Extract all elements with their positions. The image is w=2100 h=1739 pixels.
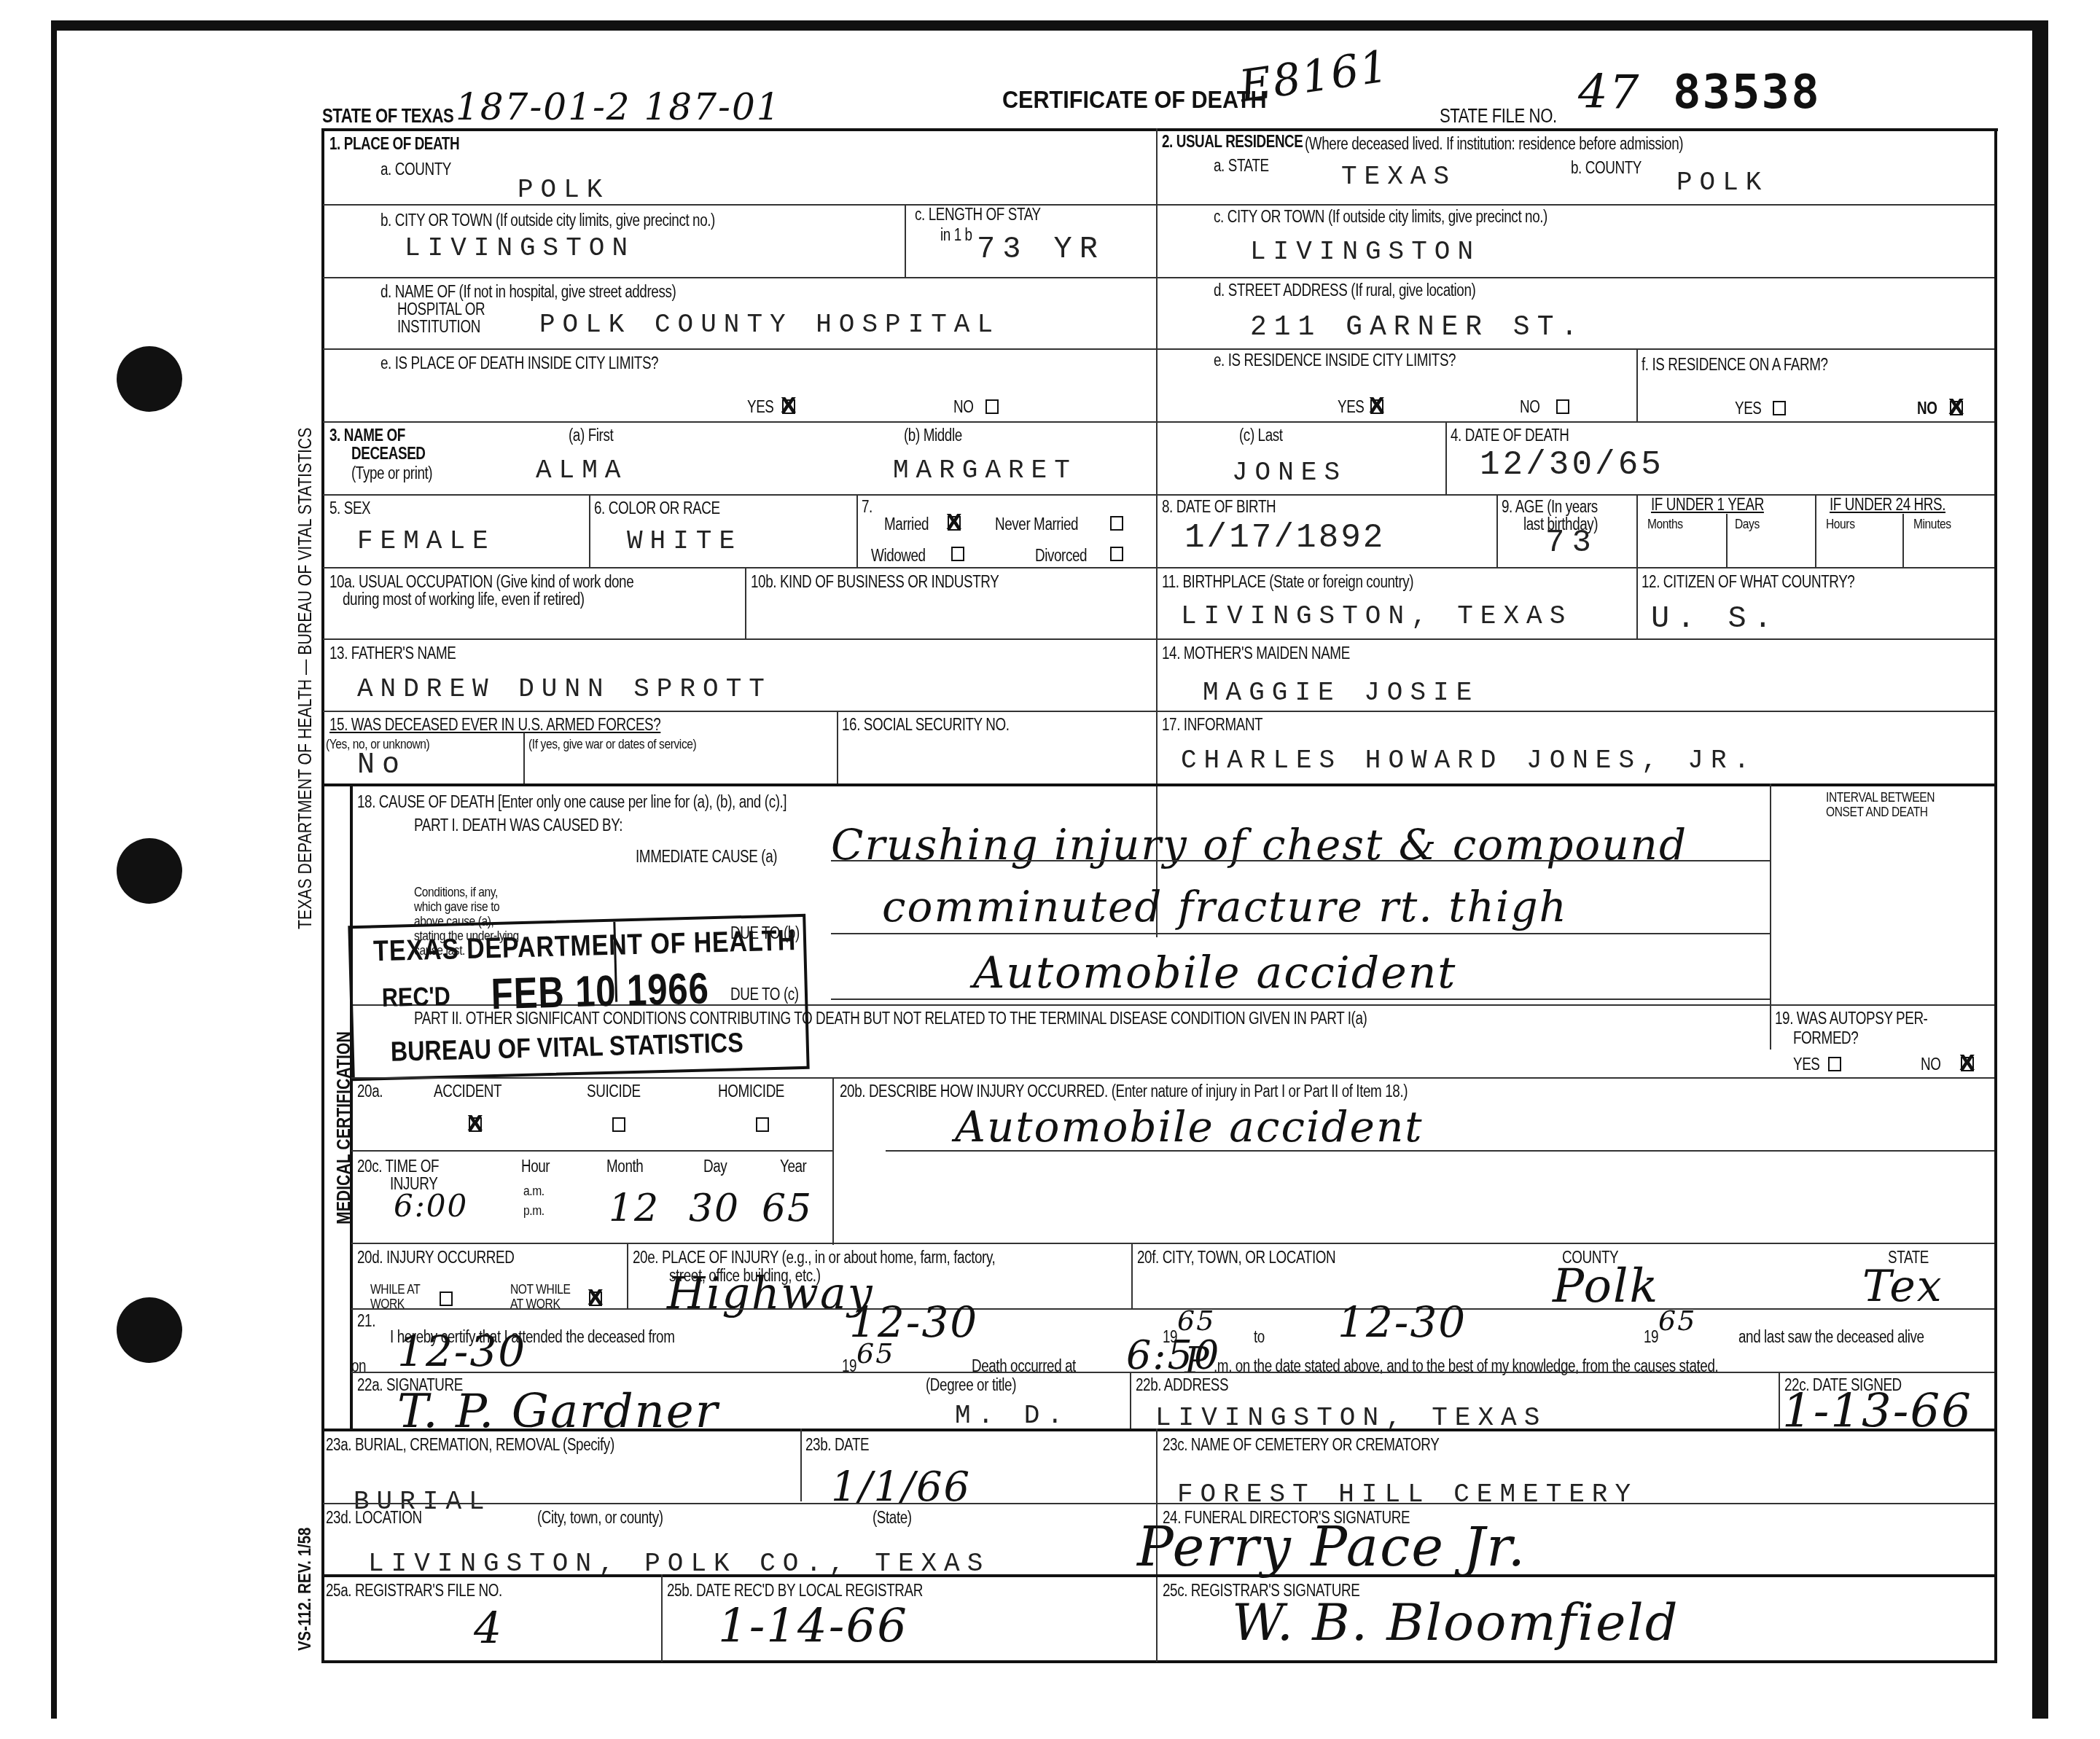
side-department-text: TEXAS DEPARTMENT OF HEALTH — BUREAU OF V… — [295, 428, 316, 929]
divider — [323, 567, 1994, 568]
under-day-label: IF UNDER 24 HRS. — [1830, 496, 1945, 513]
autopsy-label-2: FORMED? — [1793, 1029, 1858, 1047]
res-county-label: b. COUNTY — [1571, 159, 1642, 176]
no-label: NO — [1921, 1055, 1940, 1073]
stamp-line-1: TEXAS DEPARTMENT OF HEALTH — [373, 924, 797, 968]
form-top-border — [321, 128, 1998, 131]
degree-value: M. D. — [955, 1401, 1070, 1431]
divorced-label: Divorced — [1035, 547, 1087, 564]
widowed-label: Widowed — [871, 547, 926, 564]
accident-checkbox[interactable] — [469, 1117, 482, 1132]
divider — [589, 494, 590, 567]
hospital-sublabel-1: HOSPITAL OR — [397, 300, 485, 318]
place-of-death-label: 1. PLACE OF DEATH — [329, 135, 459, 152]
autopsy-no-checkbox[interactable] — [1961, 1057, 1974, 1071]
divider — [351, 1077, 1994, 1079]
usual-residence-note: (Where deceased lived. If institution: r… — [1305, 135, 1683, 152]
length-of-stay-label: c. LENGTH OF STAY — [915, 206, 1041, 223]
form-code: VS-112. REV. 1/58 — [295, 1528, 316, 1651]
divider — [323, 638, 1994, 640]
on-year-value: 65 — [856, 1337, 894, 1369]
divider — [351, 1308, 1994, 1310]
pm-label: p.m. — [523, 1204, 544, 1219]
age-value: 73 — [1545, 525, 1599, 561]
burial-label: 23a. BURIAL, CREMATION, REMOVAL (Specify… — [326, 1436, 614, 1453]
on-date: 12-30 — [397, 1326, 526, 1376]
injury-hour-value: 6:00 — [394, 1188, 468, 1224]
res-street-label: d. STREET ADDRESS (If rural, give locati… — [1214, 281, 1475, 299]
part1-label: PART I. DEATH WAS CAUSED BY: — [414, 816, 622, 834]
due-to-c-value: Automobile accident — [973, 947, 1456, 999]
hospital-label: d. NAME OF (If not in hospital, give str… — [380, 283, 676, 300]
mother-value: MAGGIE JOSIE — [1203, 678, 1479, 708]
day-label: Day — [703, 1157, 727, 1175]
divider — [323, 277, 1994, 278]
date-of-death-value: 12/30/65 — [1480, 446, 1664, 484]
middle-name-value: MARGARET — [893, 456, 1077, 485]
not-while-at-work-checkbox[interactable] — [589, 1291, 602, 1306]
hours-label: Hours — [1826, 517, 1855, 532]
city-label: b. CITY OR TOWN (If outside city limits,… — [380, 211, 715, 229]
last-name-label: (c) Last — [1239, 426, 1283, 444]
res-inside-city-yes-checkbox[interactable] — [1370, 399, 1383, 414]
injury-county-value: Polk — [1553, 1259, 1659, 1313]
divider — [323, 783, 1994, 786]
divider — [800, 1429, 802, 1501]
divider — [856, 494, 858, 567]
divorced-checkbox[interactable] — [1110, 547, 1123, 561]
divider — [837, 711, 838, 783]
registrar-date-label: 25b. DATE REC'D BY LOCAL REGISTRAR — [667, 1582, 923, 1599]
yes-label: YES — [1735, 399, 1762, 417]
race-label: 6. COLOR OR RACE — [594, 499, 720, 517]
divider — [831, 860, 1771, 861]
year-label: Year — [780, 1157, 806, 1175]
birthplace-value: LIVINGSTON, TEXAS — [1181, 601, 1572, 631]
divider — [351, 1150, 832, 1152]
sex-label: 5. SEX — [329, 499, 370, 517]
month-label: Month — [606, 1157, 643, 1175]
divider — [745, 567, 746, 638]
name-label-3: (Type or print) — [351, 464, 432, 482]
citizen-label: 12. CITIZEN OF WHAT COUNTRY? — [1642, 573, 1854, 590]
last-saw-text: and last saw the deceased alive — [1738, 1328, 1924, 1345]
name-label-2: DECEASED — [351, 445, 426, 462]
armed-forces-label: 15. WAS DECEASED EVER IN U.S. ARMED FORC… — [329, 716, 660, 733]
divider — [661, 1574, 663, 1662]
to-year-value: 65 — [1658, 1305, 1696, 1337]
res-county-value: POLK — [1677, 168, 1768, 198]
divider — [323, 1574, 1994, 1577]
divider — [351, 1243, 1994, 1244]
res-street-value: 211 GARNER ST. — [1250, 312, 1585, 343]
yes-label: YES — [1793, 1055, 1820, 1073]
divider — [523, 732, 525, 783]
injury-day-value: 30 — [689, 1187, 740, 1230]
res-state-label: a. STATE — [1214, 157, 1269, 174]
armed-forces-sub-2: (If yes, give war or dates of service) — [528, 738, 696, 752]
state-file-number: 83538 — [1673, 66, 1821, 120]
divider — [1779, 1372, 1780, 1430]
divider — [831, 999, 1771, 1000]
race-value: WHITE — [627, 526, 742, 556]
armed-forces-value: No — [357, 749, 407, 782]
time-of-injury-label-1: 20c. TIME OF — [357, 1157, 439, 1175]
divider — [831, 933, 1771, 934]
while-at-work-checkbox[interactable] — [440, 1291, 453, 1306]
divider — [886, 1150, 1994, 1152]
autopsy-label-1: 19. WAS AUTOPSY PER- — [1775, 1009, 1927, 1027]
marital-label: 7. — [862, 498, 873, 515]
form-left-border — [321, 128, 324, 1662]
divider — [1636, 494, 1638, 567]
dob-value: 1/17/1892 — [1184, 519, 1385, 557]
length-of-stay-value: 73 YR — [977, 232, 1105, 267]
location-sub-2: (State) — [873, 1509, 912, 1526]
homicide-checkbox[interactable] — [756, 1117, 769, 1132]
am-label: a.m. — [523, 1184, 544, 1199]
stamp-recd: REC'D — [381, 981, 450, 1013]
while-at-work-label: WHILE AT WORK — [370, 1283, 424, 1312]
first-name-value: ALMA — [536, 456, 628, 485]
registrar-date-value: 1-14-66 — [718, 1600, 908, 1654]
medical-cert-border — [350, 783, 353, 1429]
divider — [323, 1429, 1994, 1431]
received-stamp: TEXAS DEPARTMENT OF HEALTH REC'D FEB 10 … — [348, 914, 809, 1081]
how-injury-value: Automobile accident — [955, 1102, 1424, 1152]
birthplace-label: 11. BIRTHPLACE (State or foreign country… — [1162, 573, 1413, 590]
informant-label: 17. INFORMANT — [1162, 716, 1262, 733]
no-label: NO — [953, 398, 973, 415]
under-year-label: IF UNDER 1 YEAR — [1651, 496, 1764, 513]
cemetery-label: 23c. NAME OF CEMETERY OR CREMATORY — [1163, 1436, 1439, 1453]
dob-label: 8. DATE OF BIRTH — [1162, 498, 1276, 515]
autopsy-yes-checkbox[interactable] — [1828, 1057, 1841, 1071]
county-label: a. COUNTY — [380, 160, 451, 178]
res-farm-yes-checkbox[interactable] — [1773, 401, 1786, 415]
hour-label: Hour — [521, 1157, 550, 1175]
punch-hole-upper — [117, 346, 182, 412]
divider — [1770, 783, 1771, 1050]
state-of-texas-label: STATE OF TEXAS — [322, 106, 453, 126]
cert-number: 21. — [357, 1312, 375, 1329]
res-state-value: TEXAS — [1341, 162, 1456, 192]
attended-to-date: 12-30 — [1338, 1297, 1467, 1347]
yes-label: YES — [1338, 398, 1365, 415]
cause-label: 18. CAUSE OF DEATH [Enter only one cause… — [357, 793, 786, 810]
days-label: Days — [1735, 517, 1760, 532]
to-label: to — [1254, 1328, 1265, 1345]
middle-name-label: (b) Middle — [904, 426, 962, 444]
divider — [627, 1243, 628, 1308]
suicide-label: SUICIDE — [587, 1082, 641, 1100]
death-inside-city-yes-checkbox[interactable] — [782, 399, 795, 414]
divider — [1445, 421, 1447, 494]
state-file-label: STATE FILE NO. — [1440, 106, 1557, 126]
mother-label: 14. MOTHER'S MAIDEN NAME — [1162, 644, 1350, 662]
divider — [1131, 1243, 1133, 1308]
suicide-checkbox[interactable] — [612, 1117, 625, 1132]
last-name-value: JONES — [1232, 458, 1347, 488]
occupation-label-1: 10a. USUAL OCCUPATION (Give kind of work… — [329, 573, 633, 590]
place-of-injury-value: Highway — [667, 1268, 874, 1319]
punch-hole-bottom — [117, 1297, 182, 1363]
injury-state-value: Tex — [1862, 1261, 1943, 1312]
no-label: NO — [1520, 398, 1539, 415]
divider — [1815, 494, 1816, 567]
divider — [1636, 348, 1638, 421]
divider — [323, 348, 1994, 350]
divider — [1726, 514, 1728, 567]
immediate-cause-label: IMMEDIATE CAUSE (a) — [636, 848, 777, 865]
immediate-cause-value: Crushing injury of chest & compound — [831, 820, 1687, 870]
how-injury-label: 20b. DESCRIBE HOW INJURY OCCURRED. (Ente… — [840, 1082, 1408, 1100]
funeral-director-signature: Perry Pace Jr. — [1137, 1516, 1526, 1579]
injury-occurred-label: 20d. INJURY OCCURRED — [357, 1248, 514, 1266]
divider — [1636, 567, 1638, 638]
interval-label-1: INTERVAL BETWEEN — [1826, 791, 1935, 805]
form-right-border — [1994, 128, 1997, 1662]
hospital-sublabel-2: INSTITUTION — [397, 318, 480, 335]
res-inside-city-label: e. IS RESIDENCE INSIDE CITY LIMITS? — [1214, 351, 1456, 369]
name-label-1: 3. NAME OF — [329, 426, 405, 444]
degree-label: (Degree or title) — [926, 1376, 1016, 1394]
first-name-label: (a) First — [569, 426, 613, 444]
ssn-label: 16. SOCIAL SECURITY NO. — [842, 716, 1010, 733]
citizen-value: U. S. — [1651, 601, 1779, 636]
divider — [1902, 514, 1904, 567]
minutes-label: Minutes — [1913, 517, 1951, 532]
married-checkbox[interactable] — [948, 516, 961, 531]
divider — [351, 1372, 1994, 1373]
months-label: Months — [1647, 517, 1683, 532]
informant-value: CHARLES HOWARD JONES, JR. — [1181, 746, 1757, 775]
divider — [323, 204, 1994, 206]
sex-value: FEMALE — [357, 526, 496, 556]
due-to-b-value: comminuted fracture rt. thigh — [882, 882, 1568, 931]
divider — [323, 421, 1994, 423]
form-bottom-border — [321, 1660, 1997, 1663]
age-label-1: 9. AGE (In years — [1502, 498, 1598, 515]
interval-label-2: ONSET AND DEATH — [1826, 805, 1928, 820]
no-label: NO — [1917, 399, 1937, 417]
usual-residence-label: 2. USUAL RESIDENCE — [1162, 133, 1303, 150]
res-farm-label: f. IS RESIDENCE ON A FARM? — [1642, 356, 1828, 373]
business-label: 10b. KIND OF BUSINESS OR INDUSTRY — [751, 573, 999, 590]
injury-city-label: 20f. CITY, TOWN, OR LOCATION — [1137, 1248, 1335, 1266]
stamp-date: FEB 10 1966 — [491, 963, 710, 1019]
homicide-label: HOMICIDE — [718, 1082, 784, 1100]
father-value: ANDREW DUNN SPROTT — [357, 674, 772, 704]
res-farm-no-checkbox[interactable] — [1950, 401, 1963, 415]
registrar-signature: W. B. Bloomfield — [1232, 1593, 1679, 1652]
address-label: 22b. ADDRESS — [1136, 1376, 1228, 1394]
res-city-value: LIVINGSTON — [1250, 237, 1480, 267]
stamp-line-3: BUREAU OF VITAL STATISTICS — [390, 1028, 743, 1068]
father-label: 13. FATHER'S NAME — [329, 644, 456, 662]
date-of-death-label: 4. DATE OF DEATH — [1451, 426, 1569, 444]
never-married-checkbox[interactable] — [1110, 516, 1123, 531]
divider — [1130, 1372, 1131, 1430]
to-year-prefix: 19 — [1644, 1328, 1658, 1345]
location-label: 23d. LOCATION — [326, 1509, 422, 1526]
never-married-label: Never Married — [995, 515, 1078, 533]
widowed-checkbox[interactable] — [951, 547, 964, 561]
registrar-file-value: 4 — [474, 1603, 503, 1654]
cemetery-value: FOREST HILL CEMETERY — [1177, 1480, 1638, 1509]
divider — [323, 711, 1994, 712]
divider — [832, 1077, 834, 1245]
registrar-file-label: 25a. REGISTRAR'S FILE NO. — [326, 1582, 502, 1599]
death-city-value: LIVINGSTON — [405, 233, 635, 263]
punch-hole-top — [117, 838, 182, 904]
injury-year-value: 65 — [762, 1187, 813, 1230]
married-label: Married — [884, 515, 929, 533]
divider — [1496, 494, 1498, 567]
occupation-label-2: during most of working life, even if ret… — [343, 590, 585, 608]
res-city-label: c. CITY OR TOWN (If outside city limits,… — [1214, 208, 1547, 225]
state-file-handwritten: 47 — [1578, 66, 1640, 120]
accident-label: ACCIDENT — [434, 1082, 501, 1100]
divider — [323, 1503, 1994, 1504]
center-divider-top — [1156, 128, 1158, 937]
yes-label: YES — [747, 398, 774, 415]
death-county-value: POLK — [518, 175, 609, 205]
location-sub-1: (City, town, or county) — [537, 1509, 663, 1526]
injury-month-value: 12 — [609, 1187, 660, 1230]
divider — [905, 204, 906, 277]
not-while-at-work-label: NOT WHILE AT WORK — [510, 1283, 582, 1312]
document-title: CERTIFICATE OF DEATH — [1002, 86, 1267, 114]
res-inside-city-no-checkbox[interactable] — [1556, 399, 1569, 414]
inside-city-label: e. IS PLACE OF DEATH INSIDE CITY LIMITS? — [380, 354, 658, 372]
state-handwritten-code: 187-01-2 187-01 — [456, 86, 781, 128]
length-of-stay-sublabel: in 1 b — [940, 226, 972, 243]
place-of-injury-label-1: 20e. PLACE OF INJURY (e.g., in or about … — [633, 1248, 995, 1266]
death-inside-city-no-checkbox[interactable] — [985, 399, 999, 414]
hospital-value: POLK COUNTY HOSPITAL — [539, 310, 1000, 340]
disposition-date-label: 23b. DATE — [805, 1436, 869, 1453]
injury-type-label: 20a. — [357, 1082, 383, 1100]
